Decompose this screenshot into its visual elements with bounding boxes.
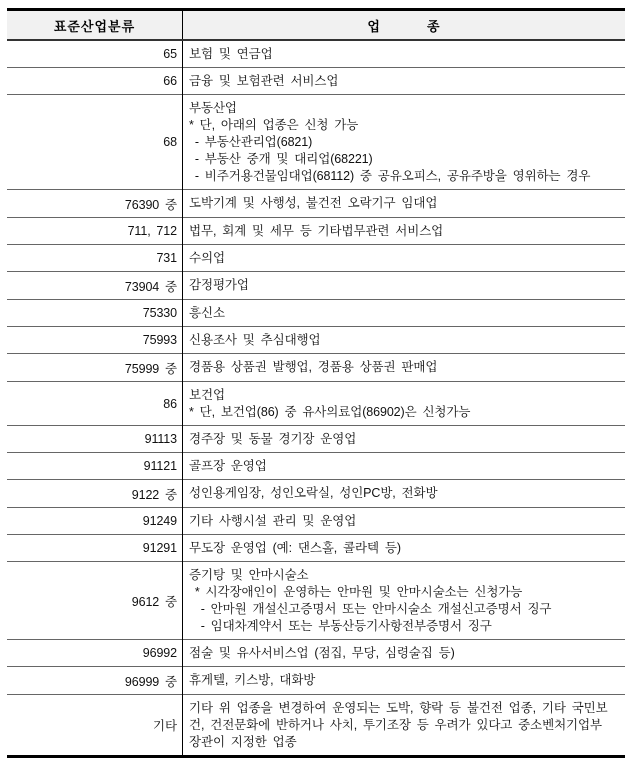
industry-line: * 시각장애인이 운영하는 안마원 및 안마시술소는 신청가능 — [189, 584, 619, 601]
code-cell: 75330 — [7, 300, 183, 327]
column-header-standard-industry-code: 표준산업분류 — [7, 10, 183, 41]
table-row: 91249기타 사행시설 관리 및 운영업 — [7, 508, 625, 535]
industry-cell: 경품용 상품권 발행업, 경품용 상품권 판매업 — [183, 354, 626, 382]
industry-line: 경품용 상품권 발행업, 경품용 상품권 판매업 — [189, 359, 619, 376]
industry-cell: 도박기계 및 사행성, 불건전 오락기구 임대업 — [183, 190, 626, 218]
code-cell: 68 — [7, 95, 183, 190]
code-cell: 66 — [7, 68, 183, 95]
industry-cell: 신용조사 및 추심대행업 — [183, 327, 626, 354]
industry-line: 골프장 운영업 — [189, 458, 619, 475]
code-cell: 91113 — [7, 426, 183, 453]
header-row: 표준산업분류 업 종 — [7, 10, 625, 41]
industry-cell: 증기탕 및 안마시술소 * 시각장애인이 운영하는 안마원 및 안마시술소는 신… — [183, 562, 626, 640]
table-row: 75999 중경품용 상품권 발행업, 경품용 상품권 판매업 — [7, 354, 625, 382]
industry-cell: 부동산업* 단, 아래의 업종은 신청 가능 - 부동산관리업(6821) - … — [183, 95, 626, 190]
table-row: 기타기타 위 업종을 변경하여 운영되는 도박, 향락 등 불건전 업종, 기타… — [7, 695, 625, 757]
industry-line: - 안마원 개설신고증명서 또는 안마시술소 개설신고증명서 징구 — [189, 601, 619, 618]
industry-cell: 휴게텔, 키스방, 대화방 — [183, 667, 626, 695]
code-cell: 9612 중 — [7, 562, 183, 640]
industry-cell: 보건업* 단, 보건업(86) 중 유사의료업(86902)은 신청가능 — [183, 382, 626, 426]
table-row: 76390 중도박기계 및 사행성, 불건전 오락기구 임대업 — [7, 190, 625, 218]
table-row: 9612 중증기탕 및 안마시술소 * 시각장애인이 운영하는 안마원 및 안마… — [7, 562, 625, 640]
column-header-industry-type: 업 종 — [183, 10, 626, 41]
industry-line: 성인용게임장, 성인오락실, 성인PC방, 전화방 — [189, 485, 619, 502]
code-cell: 73904 중 — [7, 272, 183, 300]
industry-line: 금융 및 보험관련 서비스업 — [189, 73, 619, 90]
code-cell: 75999 중 — [7, 354, 183, 382]
table-row: 68부동산업* 단, 아래의 업종은 신청 가능 - 부동산관리업(6821) … — [7, 95, 625, 190]
industry-line: 수의업 — [189, 250, 619, 267]
industry-line: 흥신소 — [189, 305, 619, 322]
industry-line: 도박기계 및 사행성, 불건전 오락기구 임대업 — [189, 195, 619, 212]
industry-line: * 단, 보건업(86) 중 유사의료업(86902)은 신청가능 — [189, 404, 619, 421]
industry-cell: 금융 및 보험관련 서비스업 — [183, 68, 626, 95]
table-row: 86보건업* 단, 보건업(86) 중 유사의료업(86902)은 신청가능 — [7, 382, 625, 426]
code-cell: 96999 중 — [7, 667, 183, 695]
table-row: 65보험 및 연금업 — [7, 40, 625, 68]
table-header: 표준산업분류 업 종 — [7, 10, 625, 41]
table-row: 711, 712법무, 회계 및 세무 등 기타법무관련 서비스업 — [7, 218, 625, 245]
table-row: 91113경주장 및 동물 경기장 운영업 — [7, 426, 625, 453]
code-cell: 65 — [7, 40, 183, 68]
industry-cell: 무도장 운영업 (예: 댄스홀, 콜라텍 등) — [183, 535, 626, 562]
industry-cell: 보험 및 연금업 — [183, 40, 626, 68]
industry-cell: 기타 위 업종을 변경하여 운영되는 도박, 향락 등 불건전 업종, 기타 국… — [183, 695, 626, 757]
industry-line: 무도장 운영업 (예: 댄스홀, 콜라텍 등) — [189, 540, 619, 557]
industry-cell: 흥신소 — [183, 300, 626, 327]
industry-line: 기타 사행시설 관리 및 운영업 — [189, 513, 619, 530]
industry-line: - 임대차계약서 또는 부동산등기사항전부증명서 징구 — [189, 618, 619, 635]
table-row: 75330흥신소 — [7, 300, 625, 327]
industry-line: 기타 위 업종을 변경하여 운영되는 도박, 향락 등 불건전 업종, 기타 국… — [189, 700, 619, 751]
code-cell: 76390 중 — [7, 190, 183, 218]
industry-line: 휴게텔, 키스방, 대화방 — [189, 672, 619, 689]
code-cell: 기타 — [7, 695, 183, 757]
code-cell: 9122 중 — [7, 480, 183, 508]
industry-cell: 성인용게임장, 성인오락실, 성인PC방, 전화방 — [183, 480, 626, 508]
table-row: 66금융 및 보험관련 서비스업 — [7, 68, 625, 95]
table-row: 73904 중감정평가업 — [7, 272, 625, 300]
industry-cell: 골프장 운영업 — [183, 453, 626, 480]
industry-line: 경주장 및 동물 경기장 운영업 — [189, 431, 619, 448]
table-row: 96999 중휴게텔, 키스방, 대화방 — [7, 667, 625, 695]
industry-cell: 법무, 회계 및 세무 등 기타법무관련 서비스업 — [183, 218, 626, 245]
table-row: 91291무도장 운영업 (예: 댄스홀, 콜라텍 등) — [7, 535, 625, 562]
industry-line: 법무, 회계 및 세무 등 기타법무관련 서비스업 — [189, 223, 619, 240]
table-row: 91121골프장 운영업 — [7, 453, 625, 480]
industry-line: 감정평가업 — [189, 277, 619, 294]
industry-line: 보건업 — [189, 387, 619, 404]
table-body: 65보험 및 연금업66금융 및 보험관련 서비스업68부동산업* 단, 아래의… — [7, 40, 625, 757]
code-cell: 91291 — [7, 535, 183, 562]
code-cell: 91121 — [7, 453, 183, 480]
industry-cell: 기타 사행시설 관리 및 운영업 — [183, 508, 626, 535]
code-cell: 96992 — [7, 640, 183, 667]
industry-line: - 비주거용건물임대업(68112) 중 공유오피스, 공유주방을 영위하는 경… — [189, 168, 619, 185]
code-cell: 86 — [7, 382, 183, 426]
industry-line: 보험 및 연금업 — [189, 46, 619, 63]
table-row: 75993신용조사 및 추심대행업 — [7, 327, 625, 354]
industry-line: 신용조사 및 추심대행업 — [189, 332, 619, 349]
industry-line: 점술 및 유사서비스업 (점집, 무당, 심령술집 등) — [189, 645, 619, 662]
industry-line: - 부동산 중개 및 대리업(68221) — [189, 151, 619, 168]
industry-cell: 수의업 — [183, 245, 626, 272]
table-row: 96992점술 및 유사서비스업 (점집, 무당, 심령술집 등) — [7, 640, 625, 667]
industry-line: 증기탕 및 안마시술소 — [189, 567, 619, 584]
code-cell: 731 — [7, 245, 183, 272]
industry-cell: 경주장 및 동물 경기장 운영업 — [183, 426, 626, 453]
industry-line: - 부동산관리업(6821) — [189, 134, 619, 151]
table-row: 9122 중성인용게임장, 성인오락실, 성인PC방, 전화방 — [7, 480, 625, 508]
industry-classification-table-wrap: 표준산업분류 업 종 65보험 및 연금업66금융 및 보험관련 서비스업68부… — [7, 8, 625, 758]
table-row: 731수의업 — [7, 245, 625, 272]
industry-classification-table: 표준산업분류 업 종 65보험 및 연금업66금융 및 보험관련 서비스업68부… — [7, 8, 625, 758]
code-cell: 75993 — [7, 327, 183, 354]
code-cell: 91249 — [7, 508, 183, 535]
industry-line: * 단, 아래의 업종은 신청 가능 — [189, 117, 619, 134]
industry-line: 부동산업 — [189, 100, 619, 117]
code-cell: 711, 712 — [7, 218, 183, 245]
industry-cell: 감정평가업 — [183, 272, 626, 300]
industry-cell: 점술 및 유사서비스업 (점집, 무당, 심령술집 등) — [183, 640, 626, 667]
